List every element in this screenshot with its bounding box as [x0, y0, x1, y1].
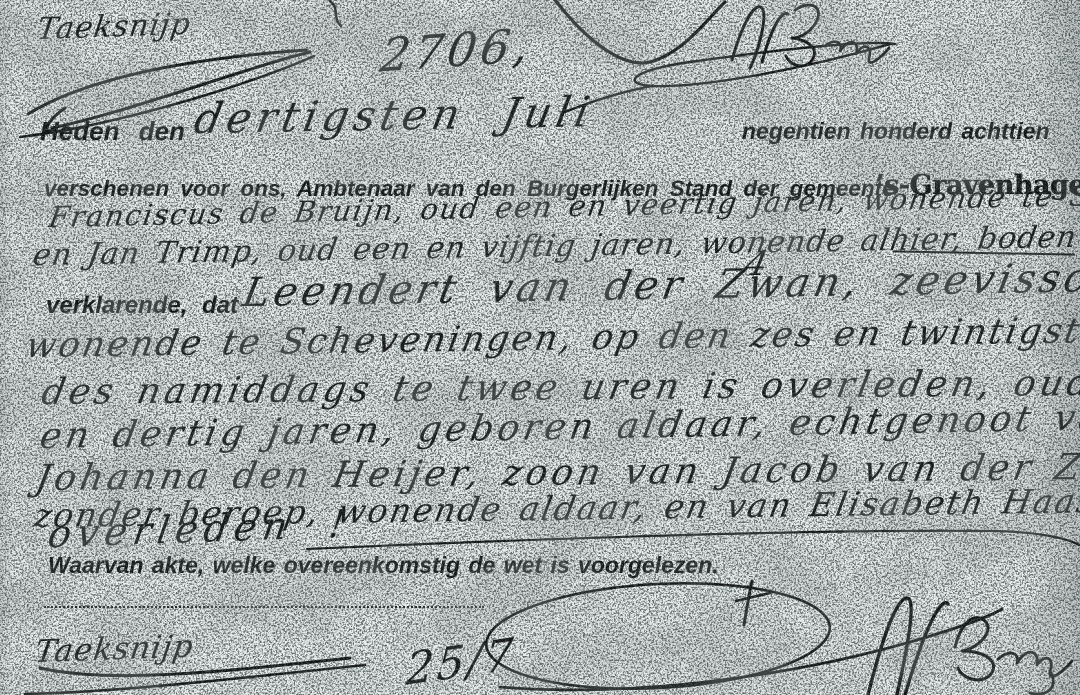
signature-bottom-right: [400, 555, 1080, 695]
act-number: 2706,: [377, 17, 536, 82]
handwritten-date: dertigsten Juli: [190, 87, 598, 143]
death-certificate-scan: Taeksnijp 2706, Heden den dertigsten Jul…: [0, 0, 1080, 695]
printed-year: negentien honderd achttien: [742, 118, 1050, 145]
ink-mark-top-center: [315, 0, 355, 30]
signature-top-right: [540, 0, 1080, 125]
printed-verklarende-dat: verklarende, dat: [46, 292, 238, 320]
flourish-oval: [484, 575, 833, 695]
paraph-bottom-left: [20, 650, 420, 695]
printed-heden-den: Heden den: [40, 116, 185, 147]
